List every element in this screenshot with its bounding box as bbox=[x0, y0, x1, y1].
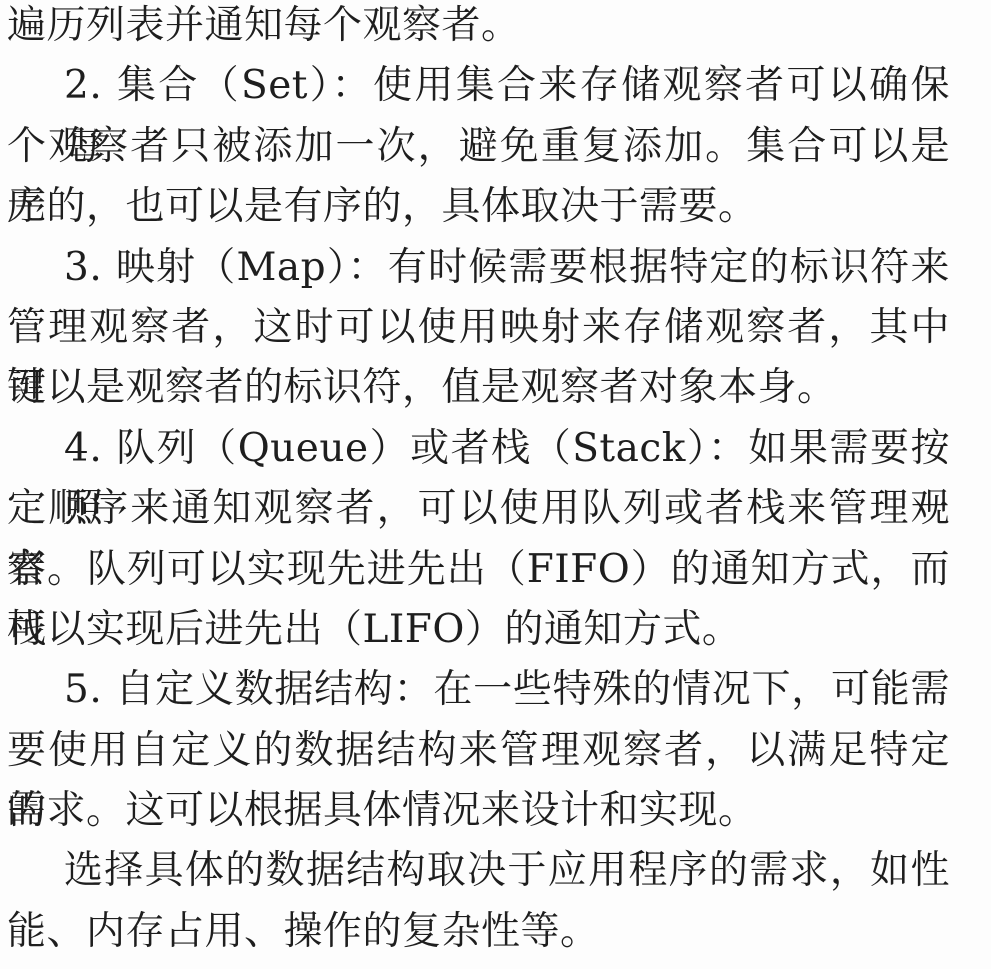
text-line: 5. 自定义数据结构：在一些特殊的情况下，可能需 bbox=[7, 660, 950, 720]
text-line: 序的，也可以是有序的，具体取决于需要。 bbox=[7, 177, 950, 237]
text-line: 者。队列可以实现先进先出（FIFO）的通知方式，而栈 bbox=[7, 540, 950, 600]
text-line: 3. 映射（Map）：有时候需要根据特定的标识符来 bbox=[7, 238, 950, 298]
book-page: 遍历列表并通知每个观察者。 2. 集合（Set）：使用集合来存储观察者可以确保每… bbox=[0, 0, 991, 965]
text-line: 需求。这可以根据具体情况来设计和实现。 bbox=[7, 781, 950, 841]
text-line: 选择具体的数据结构取决于应用程序的需求，如性 bbox=[7, 841, 950, 901]
text-line: 管理观察者，这时可以使用映射来存储观察者，其中键 bbox=[7, 298, 950, 358]
text-line: 4. 队列（Queue）或者栈（Stack）：如果需要按照一 bbox=[7, 419, 950, 479]
text-line: 遍历列表并通知每个观察者。 bbox=[7, 0, 950, 56]
text-line: 个观察者只被添加一次，避免重复添加。集合可以是无 bbox=[7, 117, 950, 177]
text-line: 可以实现后进先出（LIFO）的通知方式。 bbox=[7, 600, 950, 660]
text-line: 可以是观察者的标识符，值是观察者对象本身。 bbox=[7, 358, 950, 418]
text-line: 要使用自定义的数据结构来管理观察者，以满足特定的 bbox=[7, 721, 950, 781]
text-line: 能、内存占用、操作的复杂性等。 bbox=[7, 902, 950, 962]
text-line: 定顺序来通知观察者，可以使用队列或者栈来管理观察 bbox=[7, 479, 950, 539]
text-line: 2. 集合（Set）：使用集合来存储观察者可以确保每 bbox=[7, 56, 950, 116]
